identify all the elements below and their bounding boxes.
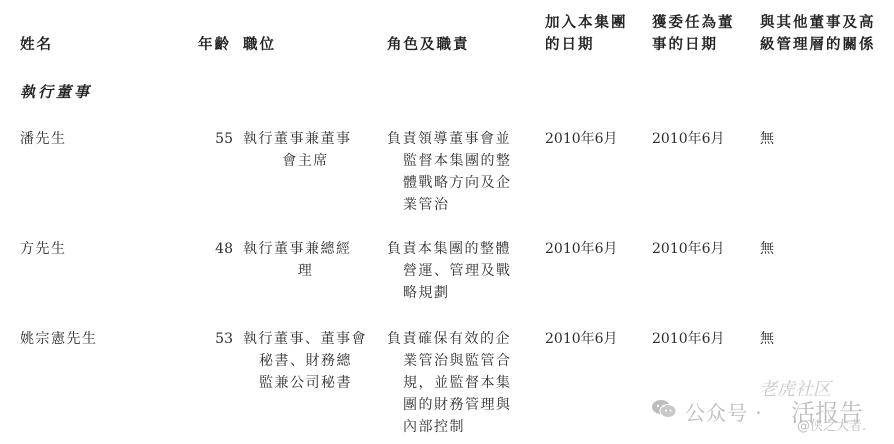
header-age: 年齡 bbox=[198, 34, 231, 56]
row-3-appoint-date: 2010年6月 bbox=[652, 328, 725, 350]
row-3-relationship: 無 bbox=[760, 328, 776, 350]
header-join-date: 加入本集團 的日期 bbox=[545, 12, 628, 56]
row-1-role: 負責領導董事會並 監督本集團的整 體戰略方向及企 業管治 bbox=[387, 128, 527, 216]
row-1-name: 潘先生 bbox=[20, 128, 67, 150]
header-name: 姓名 bbox=[20, 34, 53, 56]
watermark-handle: @侠之大者. bbox=[797, 415, 866, 434]
row-1-age: 55 bbox=[203, 128, 233, 150]
row-2-appoint-date: 2010年6月 bbox=[652, 238, 725, 260]
row-1-join-date: 2010年6月 bbox=[545, 128, 618, 150]
row-3-join-date: 2010年6月 bbox=[545, 328, 618, 350]
row-1-position: 執行董事兼董事 會主席 bbox=[243, 128, 368, 172]
header-role: 角色及職責 bbox=[387, 34, 470, 56]
row-1-relationship: 無 bbox=[760, 128, 776, 150]
row-3-position: 執行董事、董事會 秘書、財務總 監兼公司秘書 bbox=[243, 328, 368, 394]
row-3-age: 53 bbox=[203, 328, 233, 350]
section-title: 執行董事 bbox=[20, 81, 92, 102]
row-2-age: 48 bbox=[203, 238, 233, 260]
header-appoint-date: 獲委任為董 事的日期 bbox=[652, 12, 735, 56]
watermark-label: 公众号 · bbox=[685, 397, 763, 426]
row-2-join-date: 2010年6月 bbox=[545, 238, 618, 260]
row-2-relationship: 無 bbox=[760, 238, 776, 260]
row-3-name: 姚宗憲先生 bbox=[20, 328, 98, 350]
row-2-name: 方先生 bbox=[20, 238, 67, 260]
row-1-appoint-date: 2010年6月 bbox=[652, 128, 725, 150]
row-2-role: 負責本集團的整體 營運、管理及戰 略規劃 bbox=[387, 238, 527, 304]
wechat-icon bbox=[651, 399, 677, 419]
header-position: 職位 bbox=[243, 34, 276, 56]
header-relationship: 與其他董事及高 級管理層的關係 bbox=[760, 12, 876, 56]
row-2-position: 執行董事兼總經 理 bbox=[243, 238, 368, 282]
row-3-role: 負責確保有效的企 業管治與監管合 規，並監督本集 團的財務管理與 內部控制 bbox=[387, 328, 527, 438]
